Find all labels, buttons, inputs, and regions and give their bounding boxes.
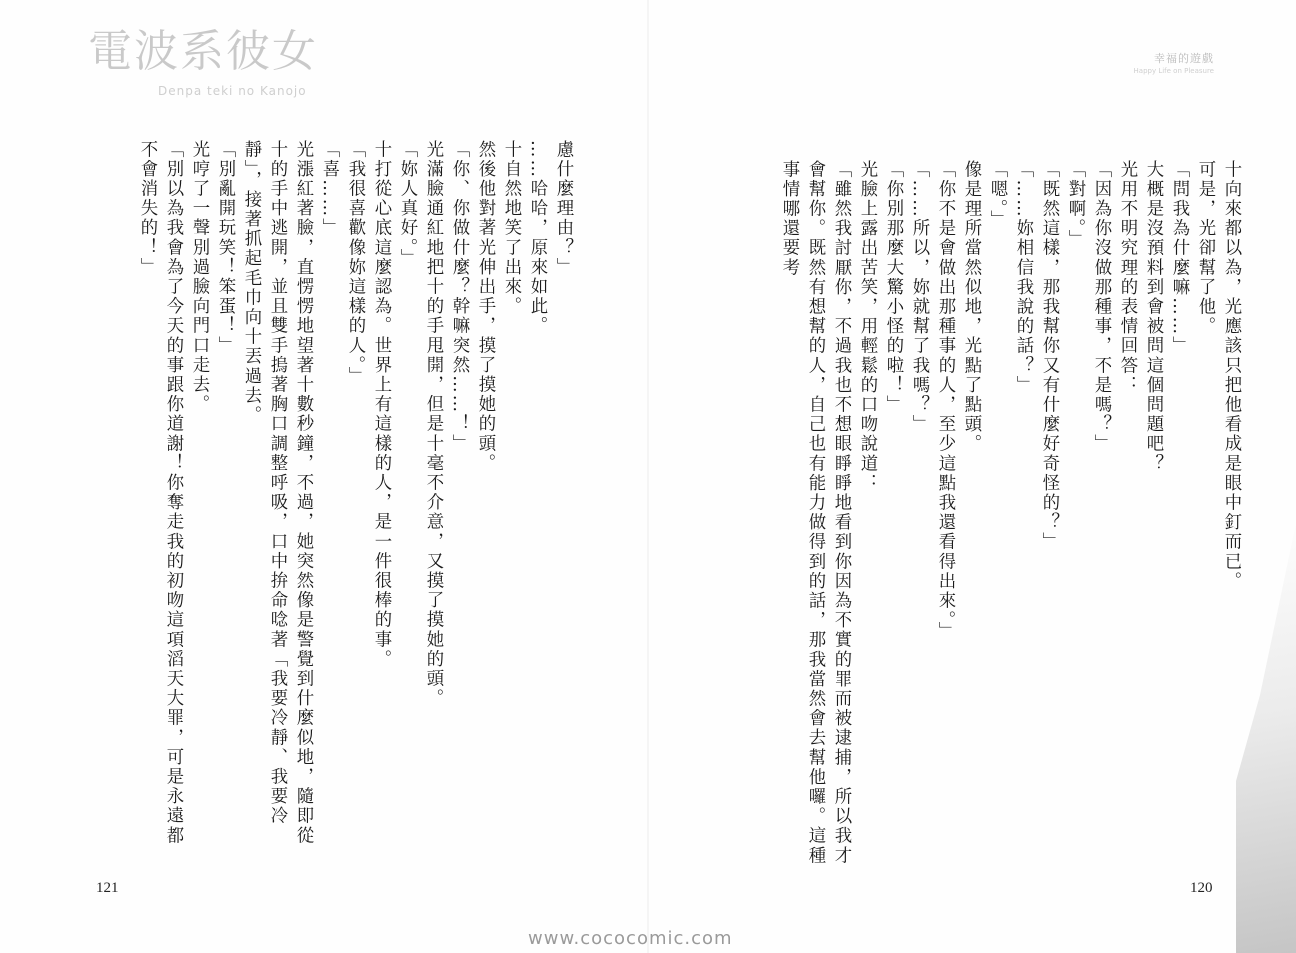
paragraph: 「我很喜歡像妳這樣的人。」 [342, 140, 368, 850]
paragraph: 「雖然我討厭你，不過我也不想眼睜睜地看到你因為不實的罪而被逮捕，所以我才會幫你。… [776, 160, 854, 870]
paragraph: 光哼了一聲別過臉向門口走去。 [186, 140, 212, 850]
paragraph: 「你別那麼大驚小怪的啦！」 [880, 160, 906, 870]
paragraph: 光臉上露出苦笑，用輕鬆的口吻說道： [854, 160, 880, 870]
paragraph: 「既然這樣，那我幫你又有什麼好奇怪的？」 [1036, 160, 1062, 870]
book-spread: 電波系彼女 Denpa teki no Kanojo 慮什麼理由？」 ……哈哈，… [0, 0, 1296, 953]
chapter-subtitle: Happy Life on Pleasure [1134, 67, 1214, 75]
paragraph: 「別以為我會為了今天的事跟你道謝！你奪走我的初吻這項滔天大罪，可是永遠都不會消失… [134, 140, 186, 850]
paragraph: 「你、你做什麼？幹嘛突然……！」 [446, 140, 472, 850]
paragraph: 「妳人真好。」 [394, 140, 420, 850]
paragraph: 慮什麼理由？」 [550, 140, 576, 850]
paragraph: 光漲紅著臉，直愣愣地望著十數秒鐘，不過，她突然像是警覺到什麼似地，隨即從十的手中… [238, 140, 316, 850]
left-page-text: 慮什麼理由？」 ……哈哈，原來如此。 十自然地笑了出來。 然後他對著光伸出手，摸… [66, 140, 576, 850]
paragraph: 「嗯。」 [984, 160, 1010, 870]
series-title: 電波系彼女 [88, 30, 318, 74]
paragraph: 「……妳相信我說的話？」 [1010, 160, 1036, 870]
paragraph: 可是，光卻幫了他。 [1192, 160, 1218, 870]
page-number-left: 121 [96, 880, 119, 897]
paragraph: 十向來都以為，光應該只把他看成是眼中釘而已。 [1218, 160, 1244, 870]
paragraph: ……哈哈，原來如此。 [524, 140, 550, 850]
paragraph: 十自然地笑了出來。 [498, 140, 524, 850]
right-page-text: 十向來都以為，光應該只把他看成是眼中釘而已。 可是，光卻幫了他。 「問我為什麼嘛… [684, 160, 1244, 870]
paragraph: 「……所以，妳就幫了我嗎？」 [906, 160, 932, 870]
paragraph: 「問我為什麼嘛……」 [1166, 160, 1192, 870]
paragraph: 像是理所當然似地，光點了點頭。 [958, 160, 984, 870]
series-subtitle: Denpa teki no Kanojo [158, 84, 307, 98]
paragraph: 然後他對著光伸出手，摸了摸她的頭。 [472, 140, 498, 850]
paragraph: 大概是沒預料到會被問這個問題吧？ [1140, 160, 1166, 870]
paragraph: 「因為你沒做那種事，不是嗎？」 [1088, 160, 1114, 870]
corner-illustration-shade [1236, 523, 1296, 953]
site-watermark: www.cococomic.com [528, 928, 733, 949]
paragraph: 「你不是會做出那種事的人，至少這點我還看得出來。」 [932, 160, 958, 870]
left-page: 電波系彼女 Denpa teki no Kanojo 慮什麼理由？」 ……哈哈，… [0, 0, 648, 953]
page-number-right: 120 [1190, 880, 1213, 897]
paragraph: 光用不明究理的表情回答： [1114, 160, 1140, 870]
right-page: 幸福的遊戲 Happy Life on Pleasure 十向來都以為，光應該只… [648, 0, 1296, 953]
paragraph: 光滿臉通紅地把十的手甩開，但是十毫不介意，又摸了摸她的頭。 [420, 140, 446, 850]
paragraph: 十打從心底這麼認為。世界上有這樣的人，是一件很棒的事。 [368, 140, 394, 850]
paragraph: 「別亂開玩笑！笨蛋！」 [212, 140, 238, 850]
paragraph: 「對啊。」 [1062, 160, 1088, 870]
paragraph: 「喜……」 [316, 140, 342, 850]
chapter-title: 幸福的遊戲 [1154, 50, 1214, 66]
